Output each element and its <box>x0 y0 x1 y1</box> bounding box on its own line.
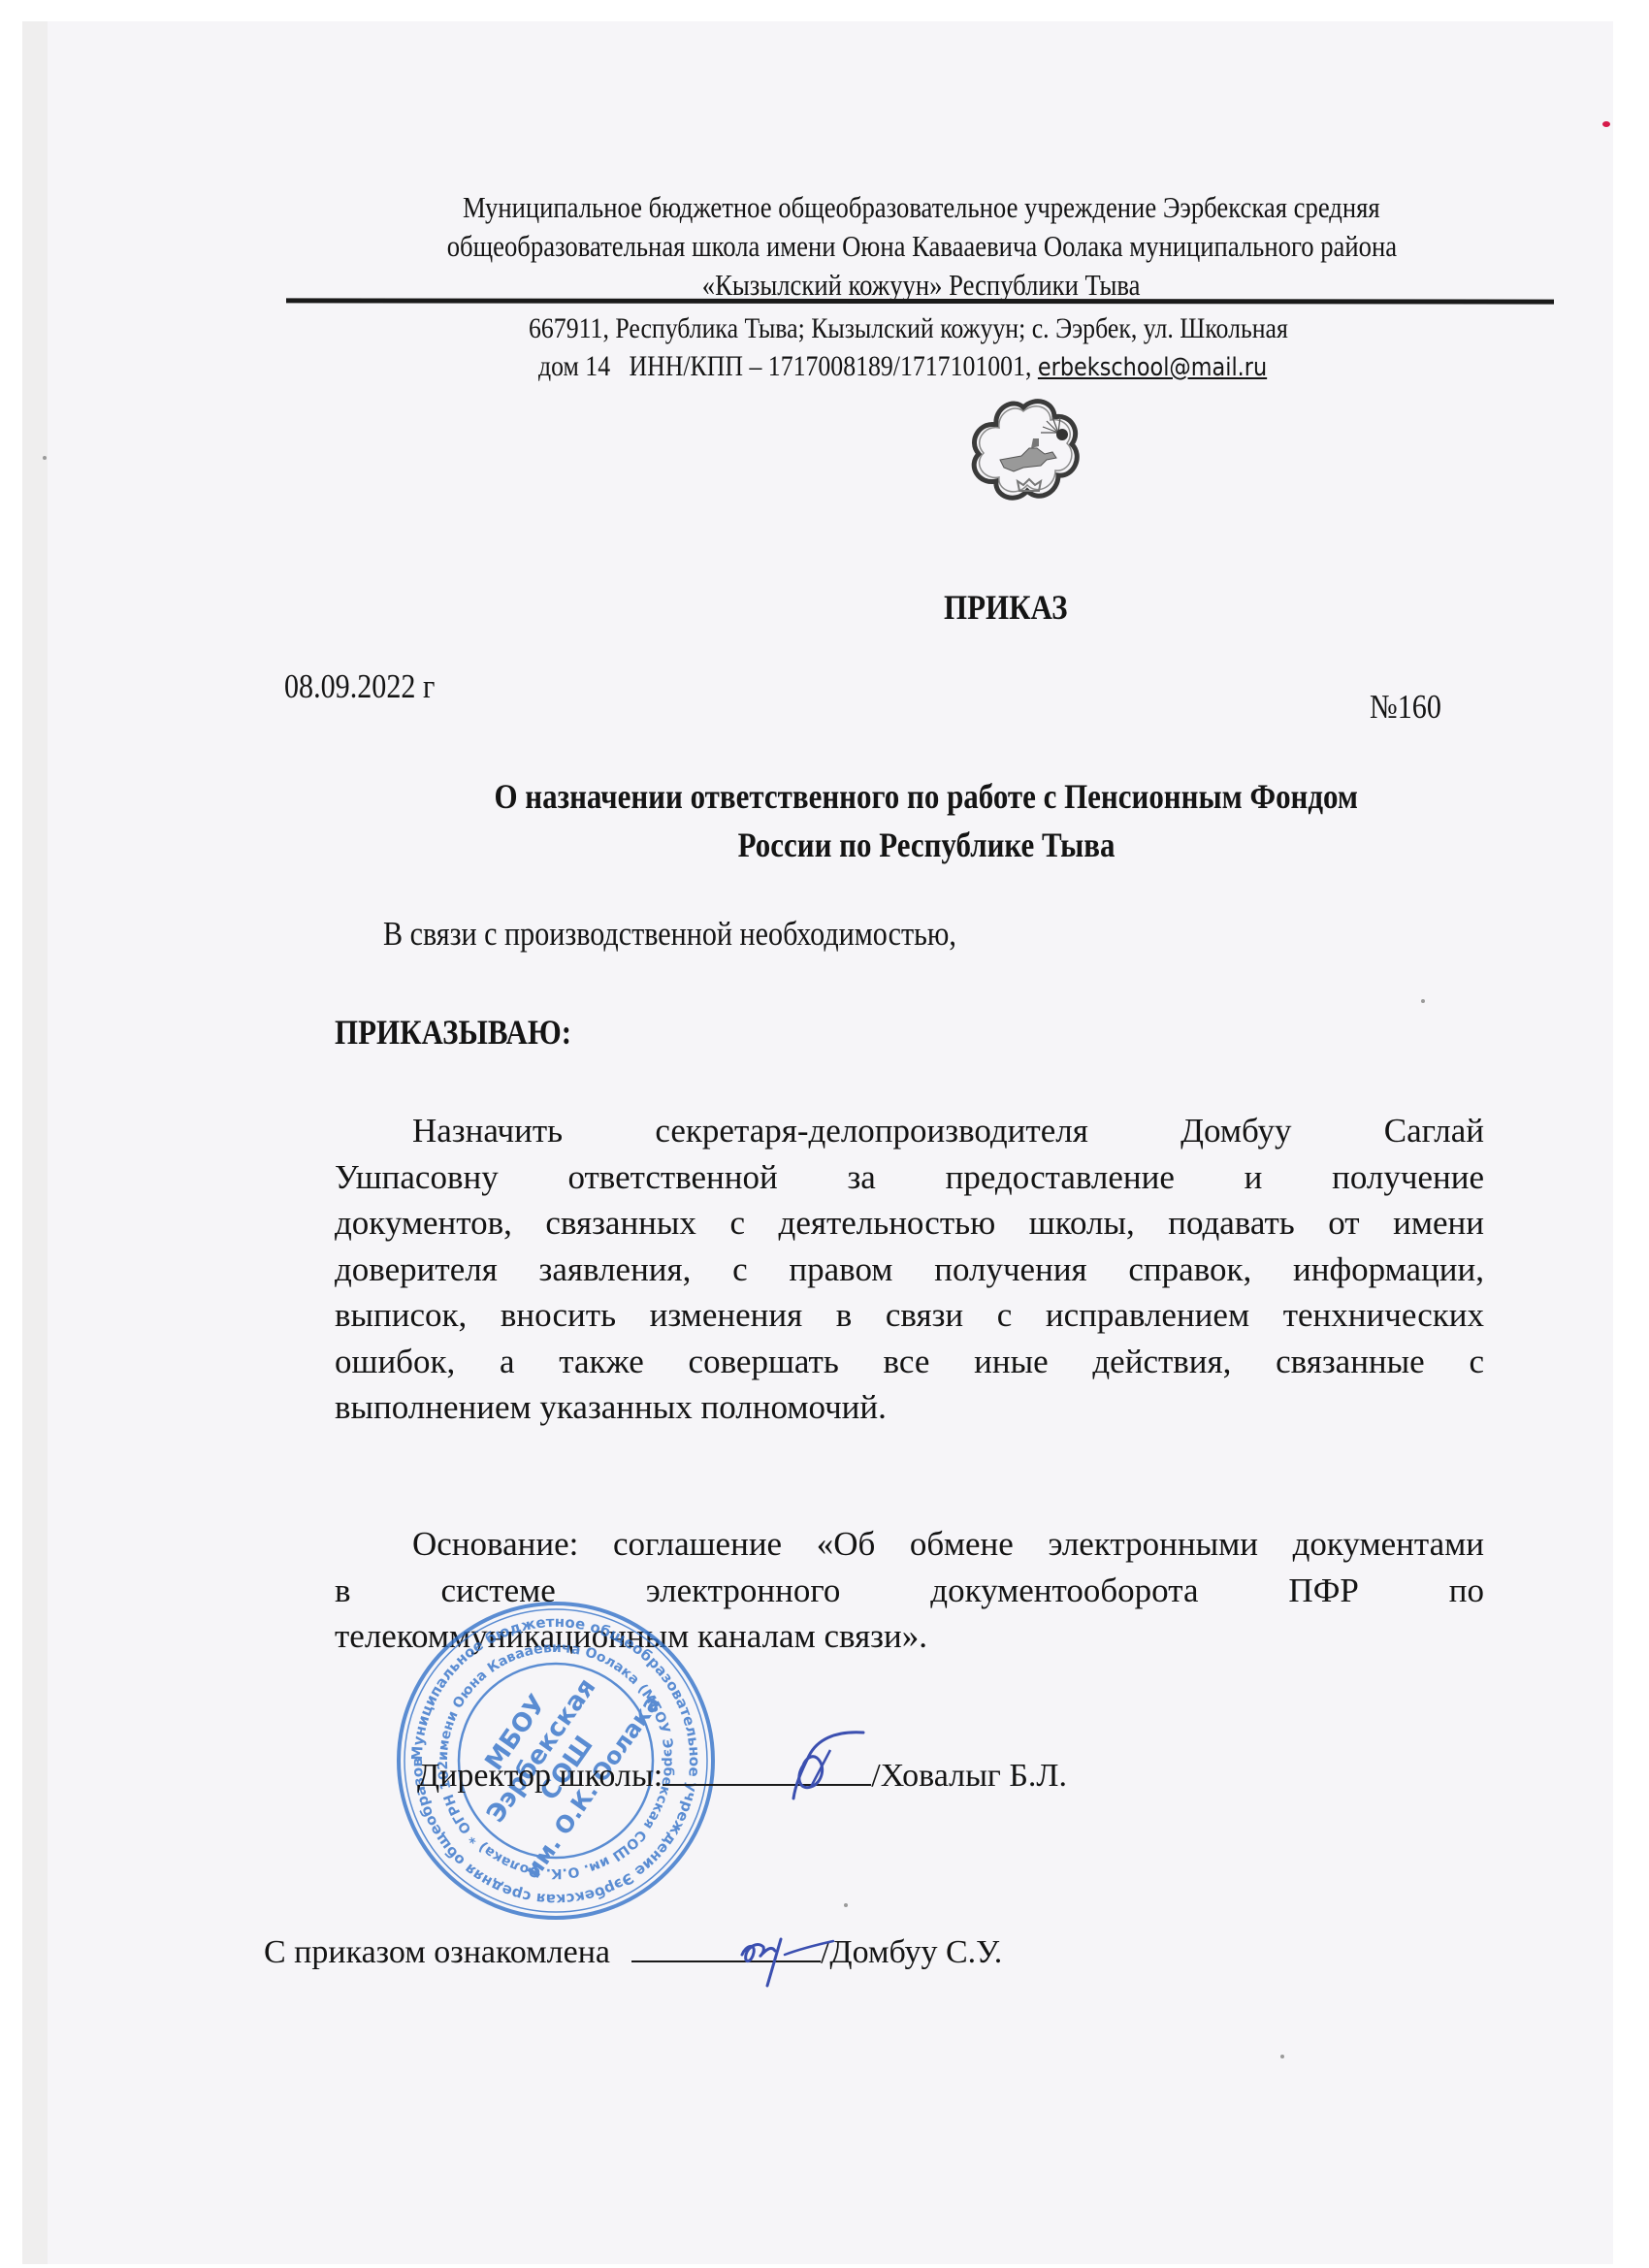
paragraph-1-line-text: документов, связанных с деятельностью шк… <box>335 1204 1484 1242</box>
scan-edge-strip <box>22 21 48 2264</box>
paragraph-assignment: Назначить секретаря-делопроизводителя До… <box>335 1108 1484 1431</box>
director-label: Директор школы: <box>417 1758 663 1794</box>
preamble: В связи с производственной необходимость… <box>383 915 1050 954</box>
order-title-line-2-text: России по Республике Тыва <box>738 825 1115 865</box>
scan-speck <box>1280 2055 1284 2058</box>
address-line-1-text: 667911, Республика Тыва; Кызылский кожуу… <box>529 312 1288 345</box>
address-line-2-wrap: дом 14 ИНН/КПП – 1717008189/1717101001, … <box>538 350 1267 383</box>
order-heading: ПРИКАЗ <box>944 587 1087 628</box>
paragraph-1-line: Ушпасовну ответственной за предоставлени… <box>335 1154 1484 1201</box>
letterhead-org-line-1: Муниципальное бюджетное общеобразователь… <box>281 190 1562 225</box>
order-number-text: №160 <box>1370 688 1441 727</box>
command-heading: ПРИКАЗЫВАЮ: <box>335 1012 610 1053</box>
paragraph-1-line-text: выполнением указанных полномочий. <box>335 1388 887 1426</box>
director-signature-row: Директор школы:/Ховалыг Б.Л. <box>417 1755 1067 1795</box>
scan-speck <box>844 1903 848 1907</box>
order-title-line-1: О назначении ответственного по работе с … <box>320 776 1533 817</box>
scan-speck <box>43 456 47 460</box>
address-line-2: дом 14 ИНН/КПП – 1717008189/1717101001, … <box>538 350 1385 383</box>
paragraph-1-line: документов, связанных с деятельностью шк… <box>335 1200 1484 1247</box>
director-name: /Ховалыг Б.Л. <box>871 1758 1067 1794</box>
order-date: 08.09.2022 г <box>284 667 460 706</box>
org-line-3-text: «Кызылский кожуун» Республики Тыва <box>702 268 1141 303</box>
paragraph-1-line: доверителя заявления, с правом получения… <box>335 1247 1484 1293</box>
letterhead-org-line-3: «Кызылский кожуун» Республики Тыва <box>281 268 1562 303</box>
paragraph-1-line: выписок, вносить изменения в связи с исп… <box>335 1292 1484 1339</box>
address-line-1: 667911, Республика Тыва; Кызылский кожуу… <box>529 312 1411 345</box>
order-number: №160 <box>1370 688 1453 727</box>
paragraph-1-line-text: Ушпасовну ответственной за предоставлени… <box>335 1158 1484 1196</box>
acknowledged-label: С приказом ознакомлена <box>264 1934 610 1970</box>
paragraph-2-line-text: Основание: соглашение «Об обмене электро… <box>412 1525 1484 1563</box>
org-line-2-text: общеобразовательная школа имени Оюна Кав… <box>446 229 1396 264</box>
order-date-text: 08.09.2022 г <box>284 667 435 706</box>
order-title-line-1-text: О назначении ответственного по работе с … <box>495 776 1359 817</box>
scan-speck <box>1421 999 1425 1003</box>
red-ink-mark <box>1602 121 1610 127</box>
letterhead-org-line-2: общеобразовательная школа имени Оюна Кав… <box>281 229 1562 264</box>
paragraph-1-line-text: ошибок, а также совершать все иные дейст… <box>335 1343 1484 1380</box>
director-signature-icon <box>766 1727 873 1804</box>
paragraph-1-line: ошибок, а также совершать все иные дейст… <box>335 1339 1484 1385</box>
paragraph-1-line: выполнением указанных полномочий. <box>335 1384 1484 1431</box>
paragraph-1-line-text: доверителя заявления, с правом получения… <box>335 1250 1484 1288</box>
order-title-line-2: России по Республике Тыва <box>320 825 1533 865</box>
command-heading-text: ПРИКАЗЫВАЮ: <box>335 1012 571 1053</box>
paragraph-1-line-text: Назначить секретаря-делопроизводителя До… <box>412 1112 1484 1150</box>
email-link[interactable]: erbekschool@mail.ru <box>1038 353 1267 382</box>
paragraph-1-line-text: выписок, вносить изменения в связи с исп… <box>335 1296 1484 1334</box>
preamble-text: В связи с производственной необходимость… <box>383 915 956 954</box>
order-heading-text: ПРИКАЗ <box>944 587 1067 628</box>
acknowledged-signature-icon <box>732 1926 839 1993</box>
address-line-2-text: дом 14 ИНН/КПП – 1717008189/1717101001, <box>538 350 1038 382</box>
acknowledged-name: /Домбуу С.У. <box>821 1934 1002 1970</box>
paragraph-1-line: Назначить секретаря-делопроизводителя До… <box>335 1108 1484 1154</box>
tuva-emblem-icon <box>965 398 1082 506</box>
org-line-1-text: Муниципальное бюджетное общеобразователь… <box>463 190 1380 225</box>
acknowledgement-row: С приказом ознакомлена/Домбуу С.У. <box>264 1931 1002 1971</box>
paragraph-2-line: Основание: соглашение «Об обмене электро… <box>335 1521 1484 1568</box>
